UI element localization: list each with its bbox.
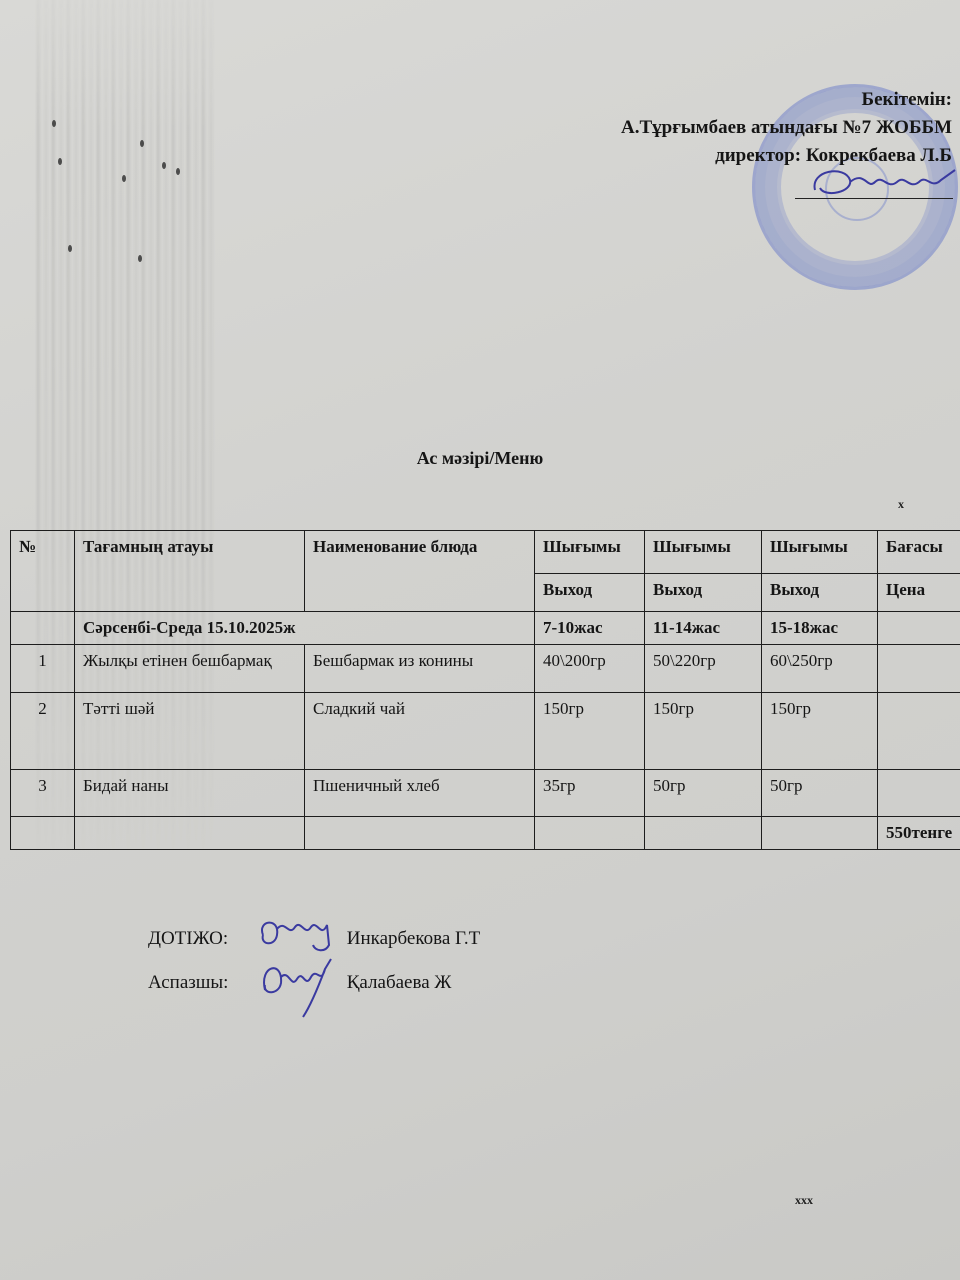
dish-name-kz: Тәтті шәй bbox=[75, 693, 305, 770]
header-output-kz: Шығымы bbox=[535, 531, 645, 574]
dish-name-kz: Бидай наны bbox=[75, 770, 305, 817]
toner-dot bbox=[138, 255, 142, 262]
cook-line: Аспазшы: Қалабаева Ж bbox=[148, 972, 451, 994]
output-15-18: 60\250гр bbox=[762, 645, 878, 693]
header-name-kz: Тағамның атауы bbox=[75, 531, 305, 612]
table-row: 3 Бидай наны Пшеничный хлеб 35гр 50гр 50… bbox=[11, 770, 960, 817]
header-number: № bbox=[11, 531, 75, 612]
nurse-name: Инкарбекова Г.Т bbox=[347, 928, 480, 949]
total-row: 550тенге bbox=[11, 817, 960, 850]
empty-cell bbox=[305, 817, 535, 850]
signature-line bbox=[795, 198, 953, 199]
dish-name-ru: Пшеничный хлеб bbox=[305, 770, 535, 817]
row-number: 2 bbox=[11, 693, 75, 770]
header-output-kz: Шығымы bbox=[762, 531, 878, 574]
menu-table: № Тағамның атауы Наименование блюда Шығы… bbox=[10, 530, 960, 850]
toner-dot bbox=[58, 158, 62, 165]
age-group: 11-14жас bbox=[645, 612, 762, 645]
stray-mark: ххх bbox=[795, 1193, 813, 1208]
dish-name-ru: Сладкий чай bbox=[305, 693, 535, 770]
toner-dot bbox=[68, 245, 72, 252]
header-output-ru: Выход bbox=[762, 574, 878, 612]
table-row: 1 Жылқы етінен бешбармақ Бешбармак из ко… bbox=[11, 645, 960, 693]
toner-dot bbox=[176, 168, 180, 175]
nurse-label: ДОТІЖО: bbox=[148, 928, 266, 950]
school-name: А.Тұрғымбаев атындағы №7 ЖОББМ bbox=[621, 114, 952, 142]
approval-heading: Бекітемін: bbox=[621, 86, 952, 114]
header-output-ru: Выход bbox=[535, 574, 645, 612]
total-price: 550тенге bbox=[878, 817, 960, 850]
row-number: 1 bbox=[11, 645, 75, 693]
age-group: 15-18жас bbox=[762, 612, 878, 645]
age-group: 7-10жас bbox=[535, 612, 645, 645]
output-7-10: 40\200гр bbox=[535, 645, 645, 693]
toner-dot bbox=[52, 120, 56, 127]
dish-name-kz: Жылқы етінен бешбармақ bbox=[75, 645, 305, 693]
nurse-line: ДОТІЖО: Инкарбекова Г.Т bbox=[148, 928, 480, 950]
empty-cell bbox=[878, 612, 960, 645]
empty-cell bbox=[645, 817, 762, 850]
output-15-18: 50гр bbox=[762, 770, 878, 817]
approval-block: Бекітемін: А.Тұрғымбаев атындағы №7 ЖОББ… bbox=[621, 86, 952, 170]
empty-cell bbox=[75, 817, 305, 850]
header-name-ru: Наименование блюда bbox=[305, 531, 535, 612]
output-15-18: 150гр bbox=[762, 693, 878, 770]
day-row: Сәрсенбі-Среда 15.10.2025ж 7-10жас 11-14… bbox=[11, 612, 960, 645]
cook-name: Қалабаева Ж bbox=[347, 972, 452, 993]
header-price-kz: Бағасы bbox=[878, 531, 960, 574]
dish-name-ru: Бешбармак из конины bbox=[305, 645, 535, 693]
toner-dot bbox=[140, 140, 144, 147]
output-11-14: 50\220гр bbox=[645, 645, 762, 693]
page-title: Ас мәзірі/Меню bbox=[0, 448, 960, 469]
header-price-ru: Цена bbox=[878, 574, 960, 612]
cook-label: Аспазшы: bbox=[148, 972, 266, 994]
empty-cell bbox=[11, 612, 75, 645]
output-7-10: 35гр bbox=[535, 770, 645, 817]
header-output-kz: Шығымы bbox=[645, 531, 762, 574]
header-output-ru: Выход bbox=[645, 574, 762, 612]
director-line: директор: Кокрекбаева Л.Б bbox=[621, 142, 952, 170]
table-row: 2 Тәтті шәй Сладкий чай 150гр 150гр 150г… bbox=[11, 693, 960, 770]
empty-cell bbox=[11, 817, 75, 850]
price-cell bbox=[878, 770, 960, 817]
empty-cell bbox=[762, 817, 878, 850]
stray-mark: x bbox=[898, 497, 904, 512]
row-number: 3 bbox=[11, 770, 75, 817]
output-7-10: 150гр bbox=[535, 693, 645, 770]
toner-dot bbox=[122, 175, 126, 182]
price-cell bbox=[878, 645, 960, 693]
toner-dot bbox=[162, 162, 166, 169]
price-cell bbox=[878, 693, 960, 770]
day-label: Сәрсенбі-Среда 15.10.2025ж bbox=[75, 612, 535, 645]
empty-cell bbox=[535, 817, 645, 850]
header-row: № Тағамның атауы Наименование блюда Шығы… bbox=[11, 531, 960, 574]
output-11-14: 150гр bbox=[645, 693, 762, 770]
output-11-14: 50гр bbox=[645, 770, 762, 817]
